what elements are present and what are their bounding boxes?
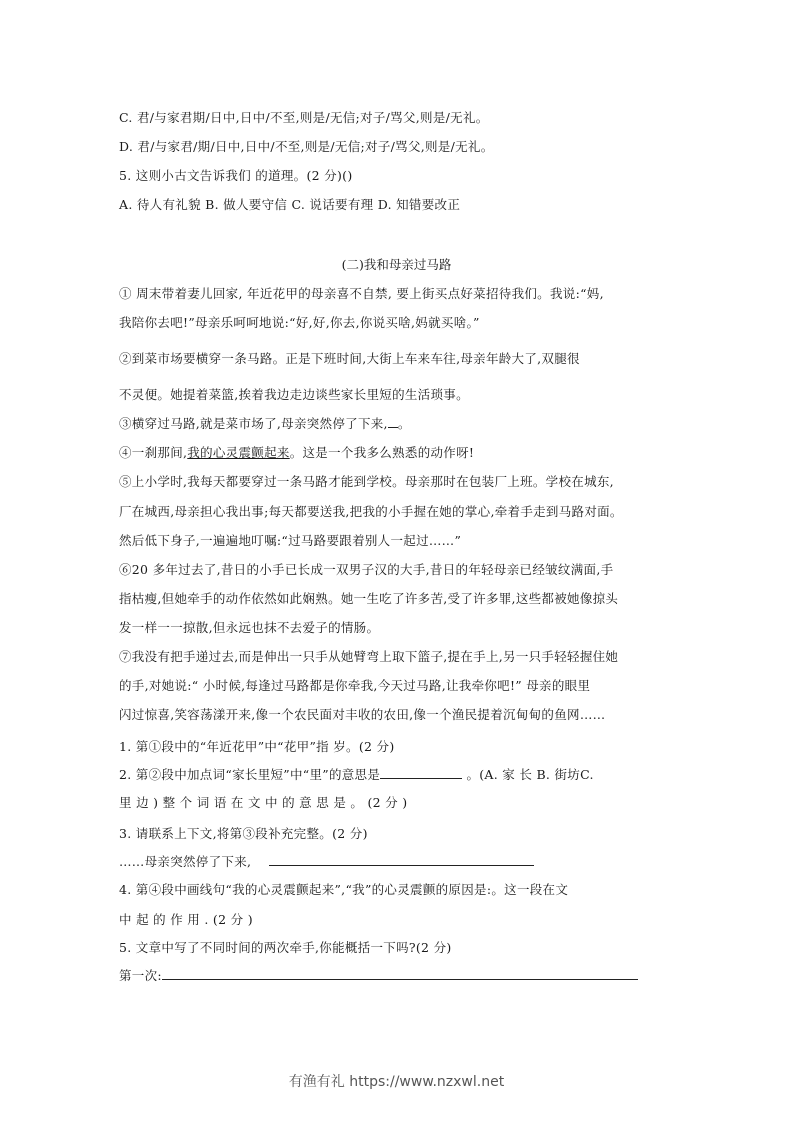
paragraph-3: ③横穿过马路,就是菜市场了,母亲突然停了下来,。: [119, 414, 411, 432]
paragraph-5-line-3: 然后低下身子,一遍遍地叮嘱:“过马路要跟着别人一起过……”: [119, 531, 461, 549]
paragraph-6-line-1: ⑥20 多年过去了,昔日的小手已长成一双男子汉的大手,昔日的年轻母亲已经皱纹满面…: [119, 560, 613, 578]
paragraph-4-underlined-sentence: 我的心灵震颤起来: [187, 445, 289, 460]
paragraph-7-line-1: ⑦我没有把手递过去,而是伸出一只手从她臂弯上取下篮子,提在手上,另一只手轻轻握住…: [119, 647, 618, 665]
paragraph-6-line-3: 发一样一一掠散,但永远也抹不去爱子的情肠。: [119, 618, 379, 636]
question-1: 1. 第①段中的“年近花甲”中“花甲”指 岁。(2 分): [119, 737, 395, 755]
question-2-answer-blank[interactable]: [380, 768, 462, 779]
paragraph-3-text: ③横穿过马路,就是菜市场了,母亲突然停了下来,: [119, 416, 388, 431]
passage-title: (二)我和母亲过马路: [0, 255, 793, 273]
question-4-line-2: 中 起 的 作 用 . (2 分 ): [119, 910, 253, 928]
question-5-options: A. 待人有礼貌 B. 做人要守信 C. 说话要有理 D. 知错要改正: [119, 195, 460, 213]
question-5-classical: 5. 这则小古文告诉我们 的道理。(2 分)(): [119, 166, 353, 184]
option-d: D. 君/与家君/期/日中,日中/不至,则是/无信;对子/骂父,则是/无礼。: [119, 137, 494, 155]
paragraph-3-blank[interactable]: [388, 417, 398, 428]
option-c: C. 君/与家君期/日中,日中/不至,则是/无信;对子/骂父,则是/无礼。: [119, 108, 489, 126]
paragraph-4-suffix: 。这是一个我多么熟悉的动作呀!: [290, 445, 475, 460]
question-5-first-blank[interactable]: [162, 969, 638, 980]
question-2-prefix: 2. 第②段中加点词“家长里短”中“里”的意思是: [119, 767, 380, 782]
paragraph-3-end: 。: [398, 416, 411, 431]
question-5-first: 第一次:: [119, 966, 638, 984]
question-2-line-1: 2. 第②段中加点词“家长里短”中“里”的意思是 。(A. 家 长 B. 街坊C…: [119, 765, 594, 783]
question-3-answer: ……母亲突然停了下来,: [119, 852, 534, 870]
paragraph-2-line-2: 不灵便。她提着菜篮,挨着我边走边谈些家长里短的生活琐事。: [119, 385, 469, 403]
paragraph-6-line-2: 指枯瘦,但她牵手的动作依然如此娴熟。她一生吃了许多苦,受了许多罪,这些都被她像掠…: [119, 589, 618, 607]
question-5-first-label: 第一次:: [119, 968, 162, 983]
paragraph-4: ④一刹那间,我的心灵震颤起来。这是一个我多么熟悉的动作呀!: [119, 443, 474, 461]
question-2-suffix: 。(A. 家 长 B. 街坊C.: [462, 767, 594, 782]
paragraph-5-line-1: ⑤上小学时,我每天都要穿过一条马路才能到学校。母亲那时在包装厂上班。学校在城东,: [119, 472, 614, 490]
question-4-line-1: 4. 第④段中画线句“我的心灵震颤起来”,“我”的心灵震颤的原因是:。这一段在文: [119, 880, 568, 898]
paragraph-7-line-2: 的手,对她说:“ 小时候,每逢过马路都是你牵我,今天过马路,让我牵你吧!” 母亲…: [119, 676, 590, 694]
question-3: 3. 请联系上下文,将第③段补充完整。(2 分): [119, 824, 368, 842]
paragraph-1-line-2: 我陪你去吧!”母亲乐呵呵地说:“好,好,你去,你说买啥,妈就买啥。”: [119, 313, 480, 331]
paragraph-1-line-1: ① 周末带着妻儿回家, 年近花甲的母亲喜不自禁, 要上街买点好菜招待我们。我说:…: [119, 284, 604, 302]
paragraph-2-line-1: ②到菜市场要横穿一条马路。正是下班时间,大街上车来车往,母亲年龄大了,双腿很: [119, 349, 580, 367]
question-2-line-2: 里 边 ) 整 个 词 语 在 文 中 的 意 思 是 。 (2 分 ): [119, 793, 407, 811]
paragraph-5-line-2: 厂在城西,母亲担心我出事;每天都要送我,把我的小手握在她的掌心,牵着手走到马路对…: [119, 502, 623, 520]
footer-watermark: 有渔有礼 https://www.nzxwl.net: [0, 1071, 793, 1091]
question-3-answer-prefix: ……母亲突然停了下来,: [119, 854, 251, 869]
paragraph-4-prefix: ④一刹那间,: [119, 445, 187, 460]
paragraph-7-line-3: 闪过惊喜,笑容荡漾开来,像一个农民面对丰收的农田,像一个渔民提着沉甸甸的鱼网……: [119, 705, 605, 723]
question-3-answer-blank[interactable]: [269, 855, 534, 866]
question-5: 5. 文章中写了不同时间的两次牵手,你能概括一下吗?(2 分): [119, 938, 452, 956]
